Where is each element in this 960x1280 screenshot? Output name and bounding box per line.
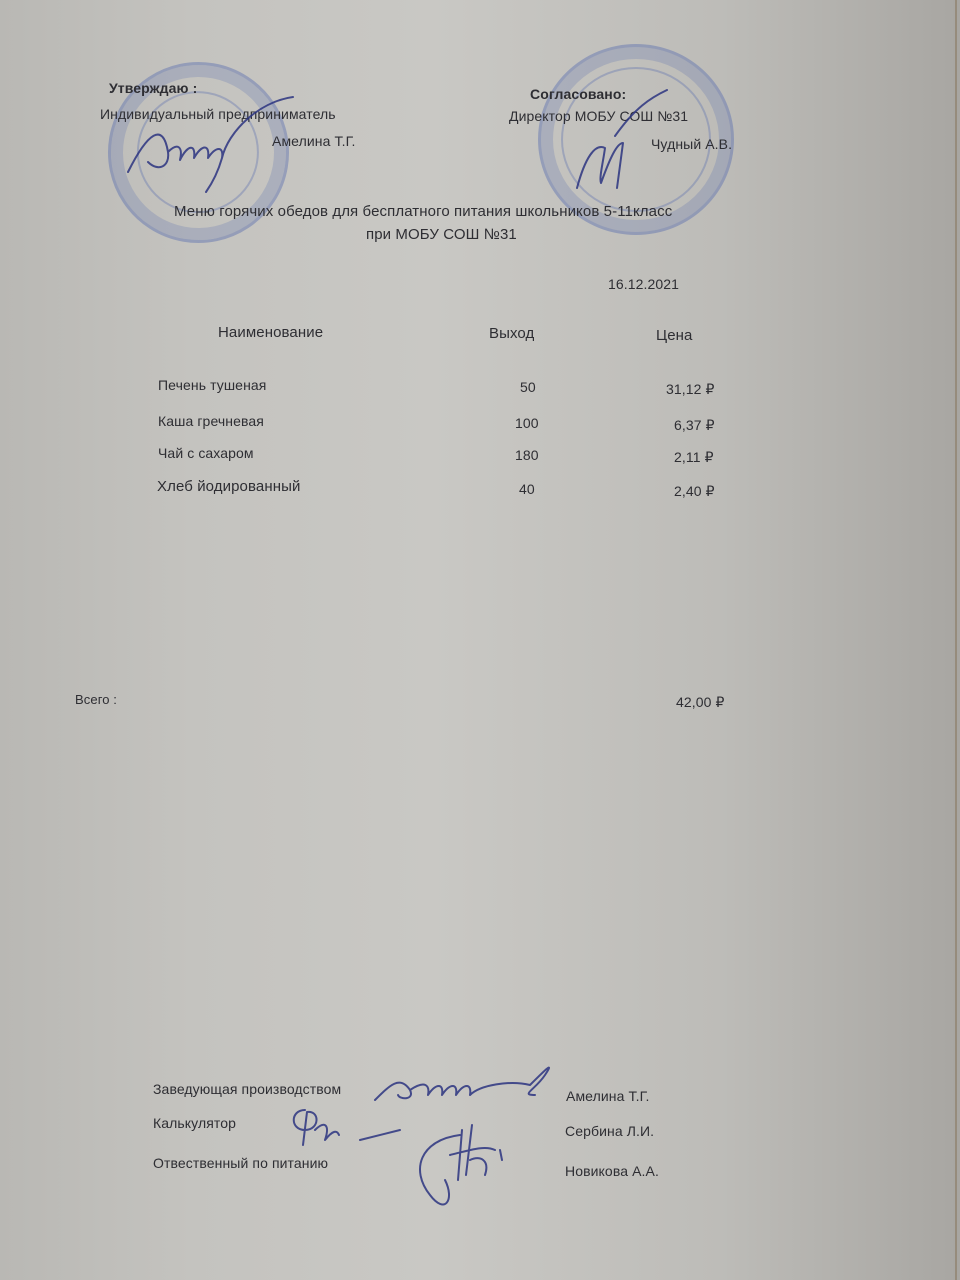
signature-role-nutrition-responsible: Отвественный по питанию bbox=[153, 1155, 328, 1171]
document-title-line2: при МОБУ СОШ №31 bbox=[366, 226, 517, 243]
row-yield: 40 bbox=[519, 481, 535, 497]
row-price: 31,12 ₽ bbox=[666, 381, 715, 398]
signature-name-calculator: Сербина Л.И. bbox=[565, 1123, 654, 1139]
document-title-line1: Меню горячих обедов для бесплатного пита… bbox=[174, 203, 672, 220]
row-price: 2,40 ₽ bbox=[674, 483, 715, 500]
column-header-yield: Выход bbox=[489, 325, 534, 342]
signature-role-production-head: Заведующая производством bbox=[153, 1081, 341, 1097]
total-value: 42,00 ₽ bbox=[676, 694, 725, 711]
row-yield: 100 bbox=[515, 415, 539, 431]
row-name: Печень тушеная bbox=[158, 377, 266, 393]
column-header-name: Наименование bbox=[218, 324, 323, 341]
row-price: 6,37 ₽ bbox=[674, 417, 715, 434]
document-date: 16.12.2021 bbox=[608, 276, 679, 292]
total-label: Всего : bbox=[75, 692, 117, 707]
document-page: Утверждаю : Индивидуальный предпринимате… bbox=[0, 0, 960, 1280]
signature-name-production-head: Амелина Т.Г. bbox=[566, 1088, 650, 1104]
left-signature-icon bbox=[118, 92, 298, 202]
right-signature-icon bbox=[555, 88, 675, 198]
column-header-price: Цена bbox=[656, 327, 692, 344]
row-name: Каша гречневая bbox=[158, 413, 264, 429]
row-name: Хлеб йодированный bbox=[157, 478, 300, 495]
row-price: 2,11 ₽ bbox=[674, 449, 714, 466]
row-yield: 50 bbox=[520, 379, 536, 395]
signature-role-calculator: Калькулятор bbox=[153, 1115, 236, 1131]
calculator-signature-icon bbox=[285, 1100, 415, 1155]
nutrition-responsible-signature-icon bbox=[400, 1120, 540, 1230]
row-yield: 180 bbox=[515, 447, 539, 463]
row-name: Чай с сахаром bbox=[158, 445, 254, 461]
signature-name-nutrition-responsible: Новикова А.А. bbox=[565, 1163, 659, 1179]
